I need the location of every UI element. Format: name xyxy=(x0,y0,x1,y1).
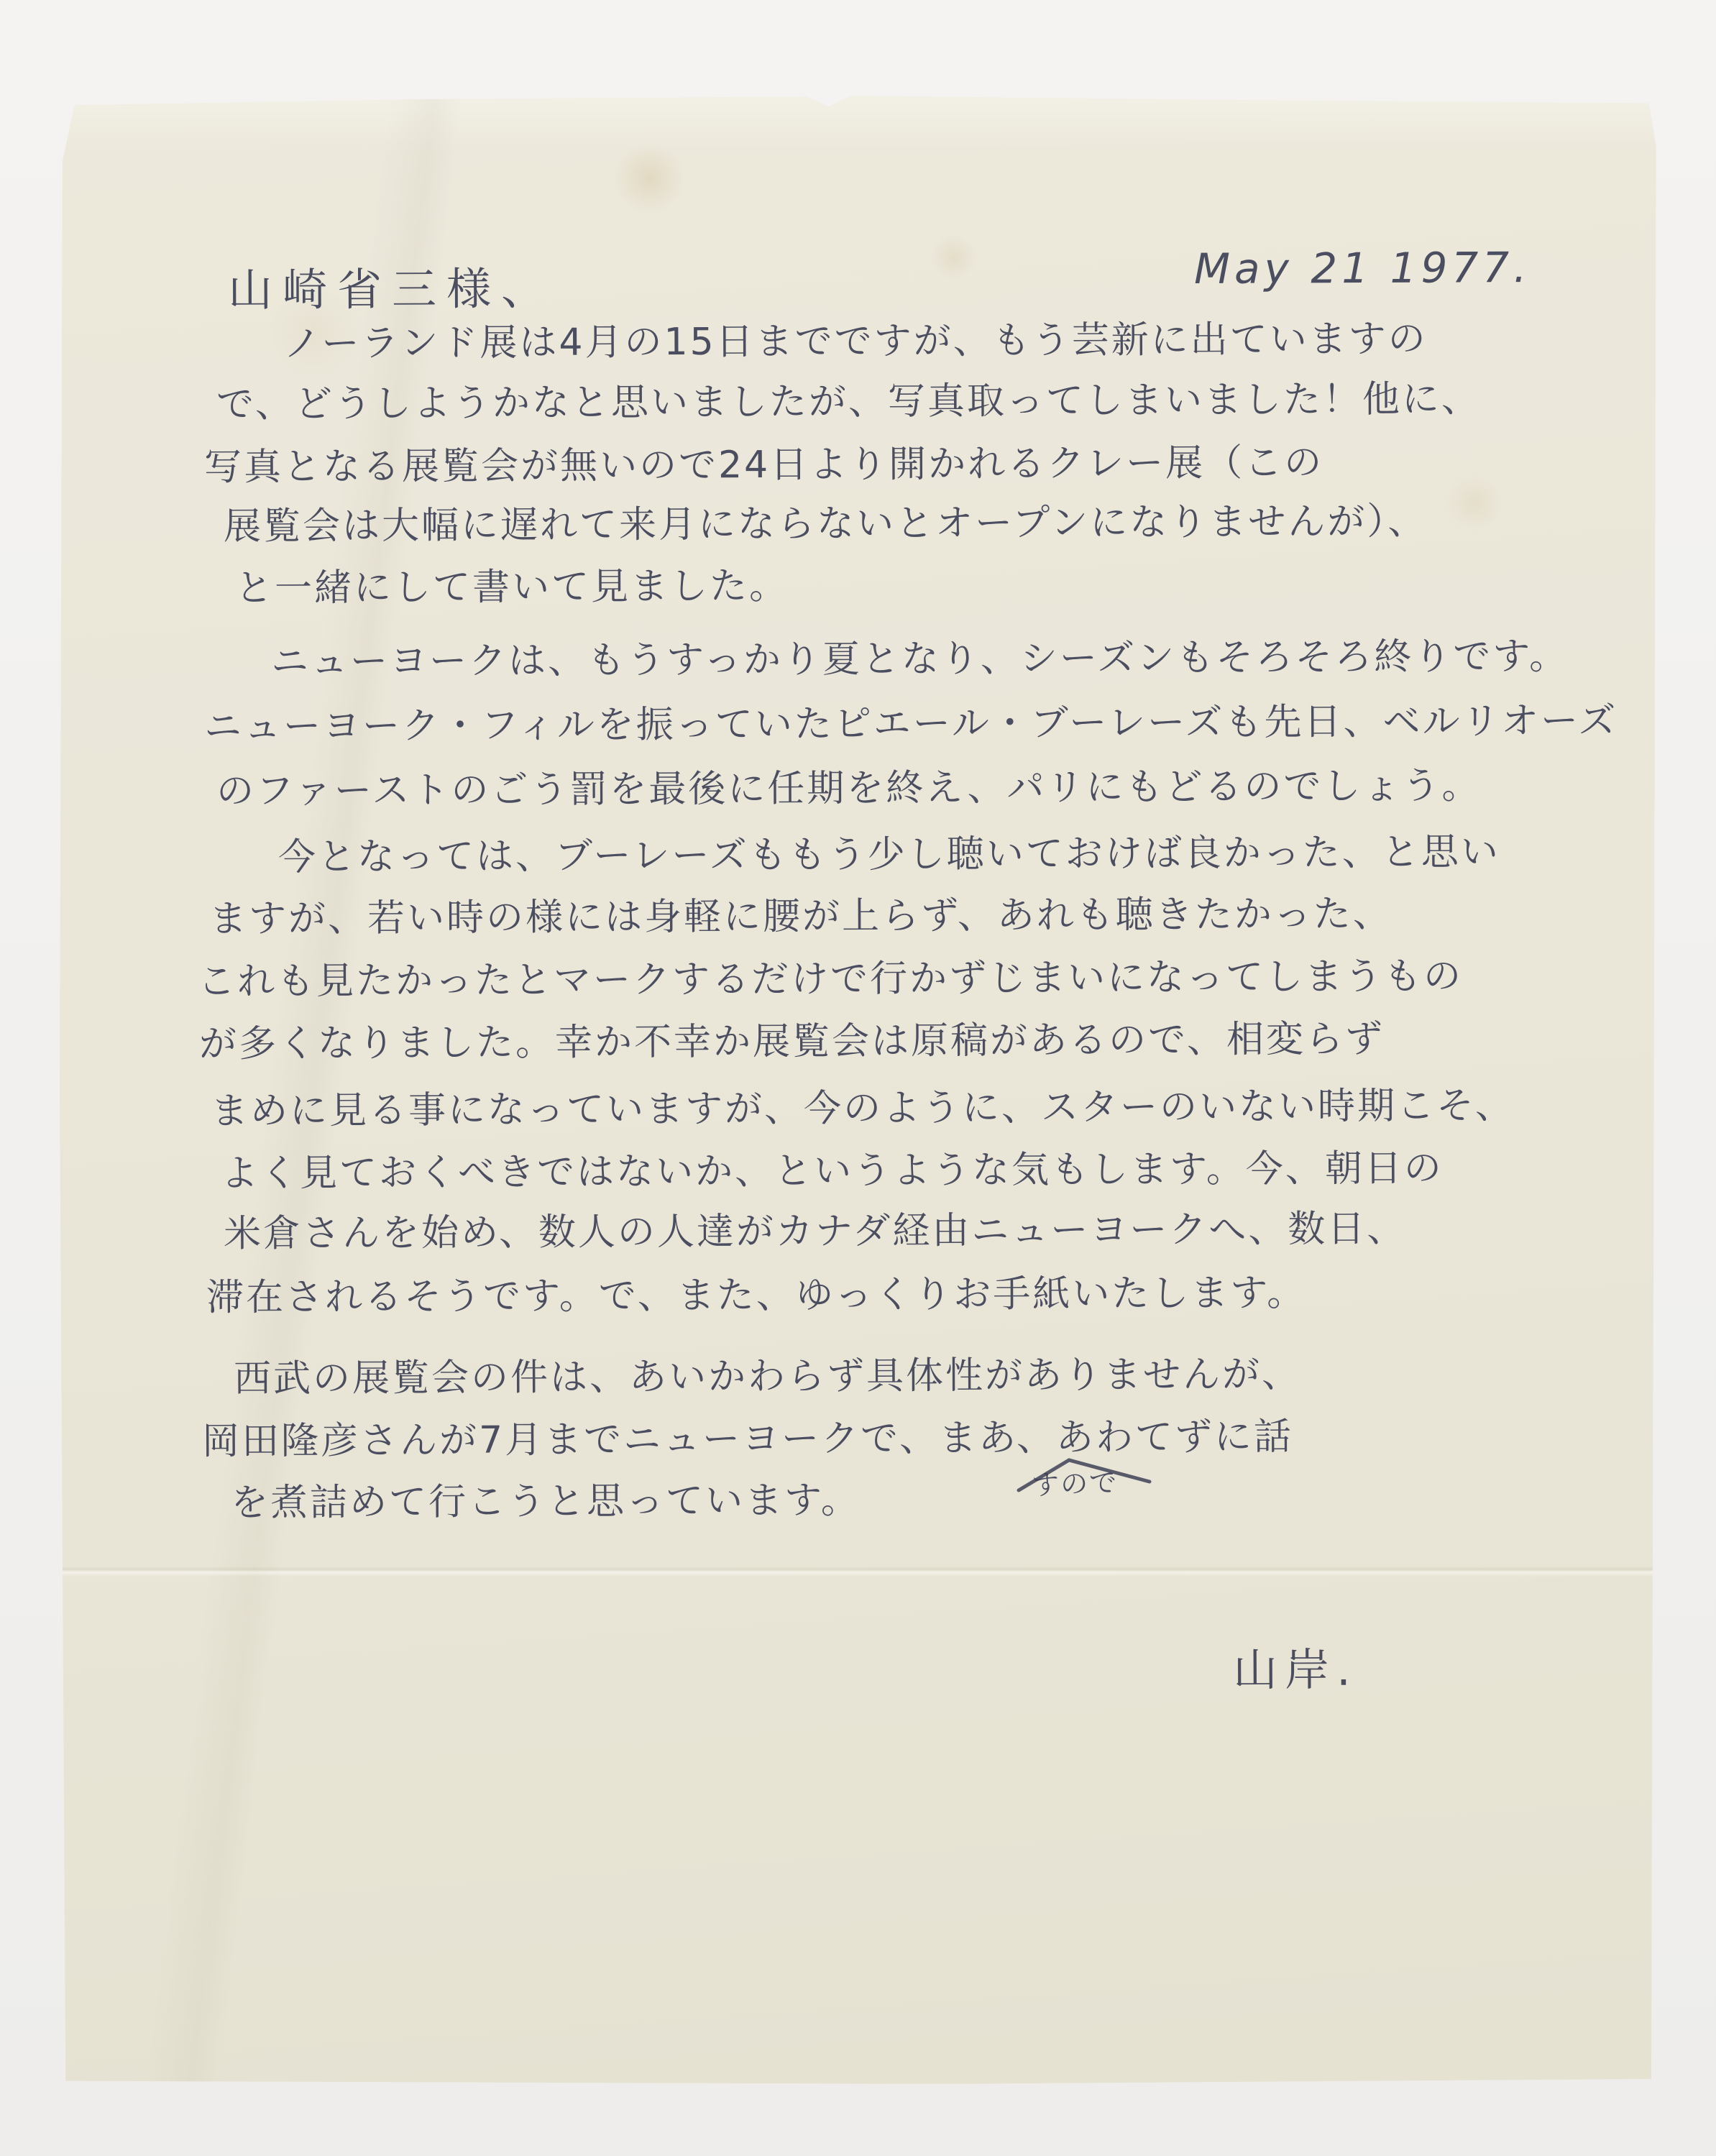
letter-line: ノーランド展は4月の15日までですが、もう芸新に出ていますの xyxy=(283,321,1428,363)
letter-line: が多くなりました。幸か不幸か展覧会は原稿があるので、相変らず xyxy=(199,1020,1385,1063)
date-line: May 21 1977. xyxy=(1194,243,1531,293)
letter-line: 今となっては、ブーレーズももう少し聴いておけば良かった、と思い xyxy=(278,833,1500,876)
interline-insertion: すので xyxy=(1031,1460,1119,1503)
letter-line: ニューヨークは、もうすっかり夏となり、シーズンもそろそろ終りです。 xyxy=(271,638,1569,681)
letter-line: と一緒にして書いて見ました。 xyxy=(235,567,789,607)
letter-line: 滞在されるそうです。で、また、ゆっくりお手紙いたします。 xyxy=(206,1275,1306,1317)
letter-line: これも見たかったとマークするだけで行かずじまいになってしまうもの xyxy=(198,958,1463,1001)
signature: 山岸. xyxy=(1233,1634,1358,1699)
letter-line: のファーストのごう罰を最後に任期を終え、パリにもどるのでしょう。 xyxy=(216,767,1482,810)
letter-line: で、どうしようかなと思いましたが、写真取ってしまいました！他に、 xyxy=(216,380,1481,423)
photo-background: 山崎省三様、 May 21 1977. ノーランド展は4月の15日までですが、も… xyxy=(0,0,1716,2156)
letter-line: よく見ておくべきではないか、というような気もします。今、朝日の xyxy=(221,1150,1444,1192)
letter-paper: 山崎省三様、 May 21 1977. ノーランド展は4月の15日までですが、も… xyxy=(57,94,1658,2087)
letter-line: を煮詰めて行こうと思っています。 xyxy=(231,1482,861,1522)
letter-line: ニューヨーク・フィルを振っていたピエール・ブーレーズも先日、ベルリオーズ xyxy=(204,702,1618,746)
letter-line: まめに見る事になっていますが、今のように、スターのいない時期こそ、 xyxy=(211,1087,1515,1130)
letter-line: ますが、若い時の様には身軽に腰が上らず、あれも聴きたかった、 xyxy=(209,895,1392,937)
letter-line: 米倉さんを始め、数人の人達がカナダ経由ニューヨークへ、数日、 xyxy=(224,1210,1407,1252)
letter-line: 展覧会は大幅に遅れて来月にならないとオープンになりませんが）、 xyxy=(224,503,1428,545)
recipient-line: 山崎省三様、 xyxy=(228,253,556,318)
letter-line: 写真となる展覧会が無いので24日より開かれるクレー展（この xyxy=(204,444,1323,487)
letter-line: 西武の展覧会の件は、あいかわらず具体性がありませんが、 xyxy=(234,1356,1301,1398)
